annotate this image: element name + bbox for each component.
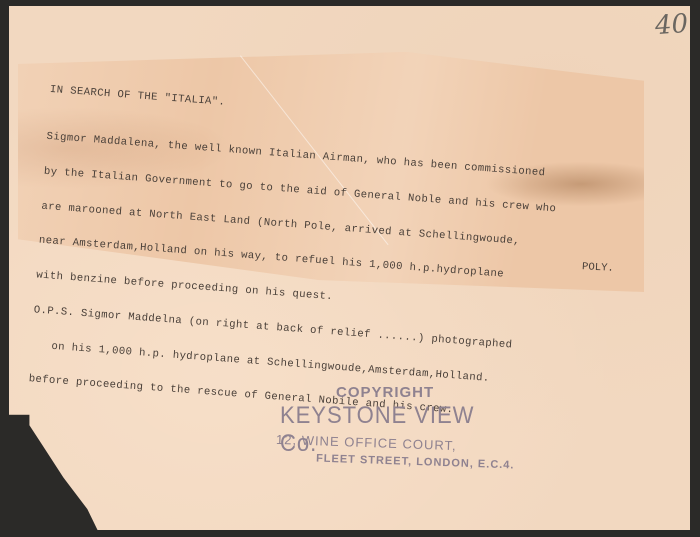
handwritten-page-number: 40 — [654, 9, 689, 41]
typed-caption: IN SEARCH OF THE "ITALIA". Sigmor Maddal… — [27, 62, 640, 441]
caption-signoff: POLY. — [582, 261, 614, 275]
stamp-copyright: COPYRIGHT — [336, 384, 434, 401]
